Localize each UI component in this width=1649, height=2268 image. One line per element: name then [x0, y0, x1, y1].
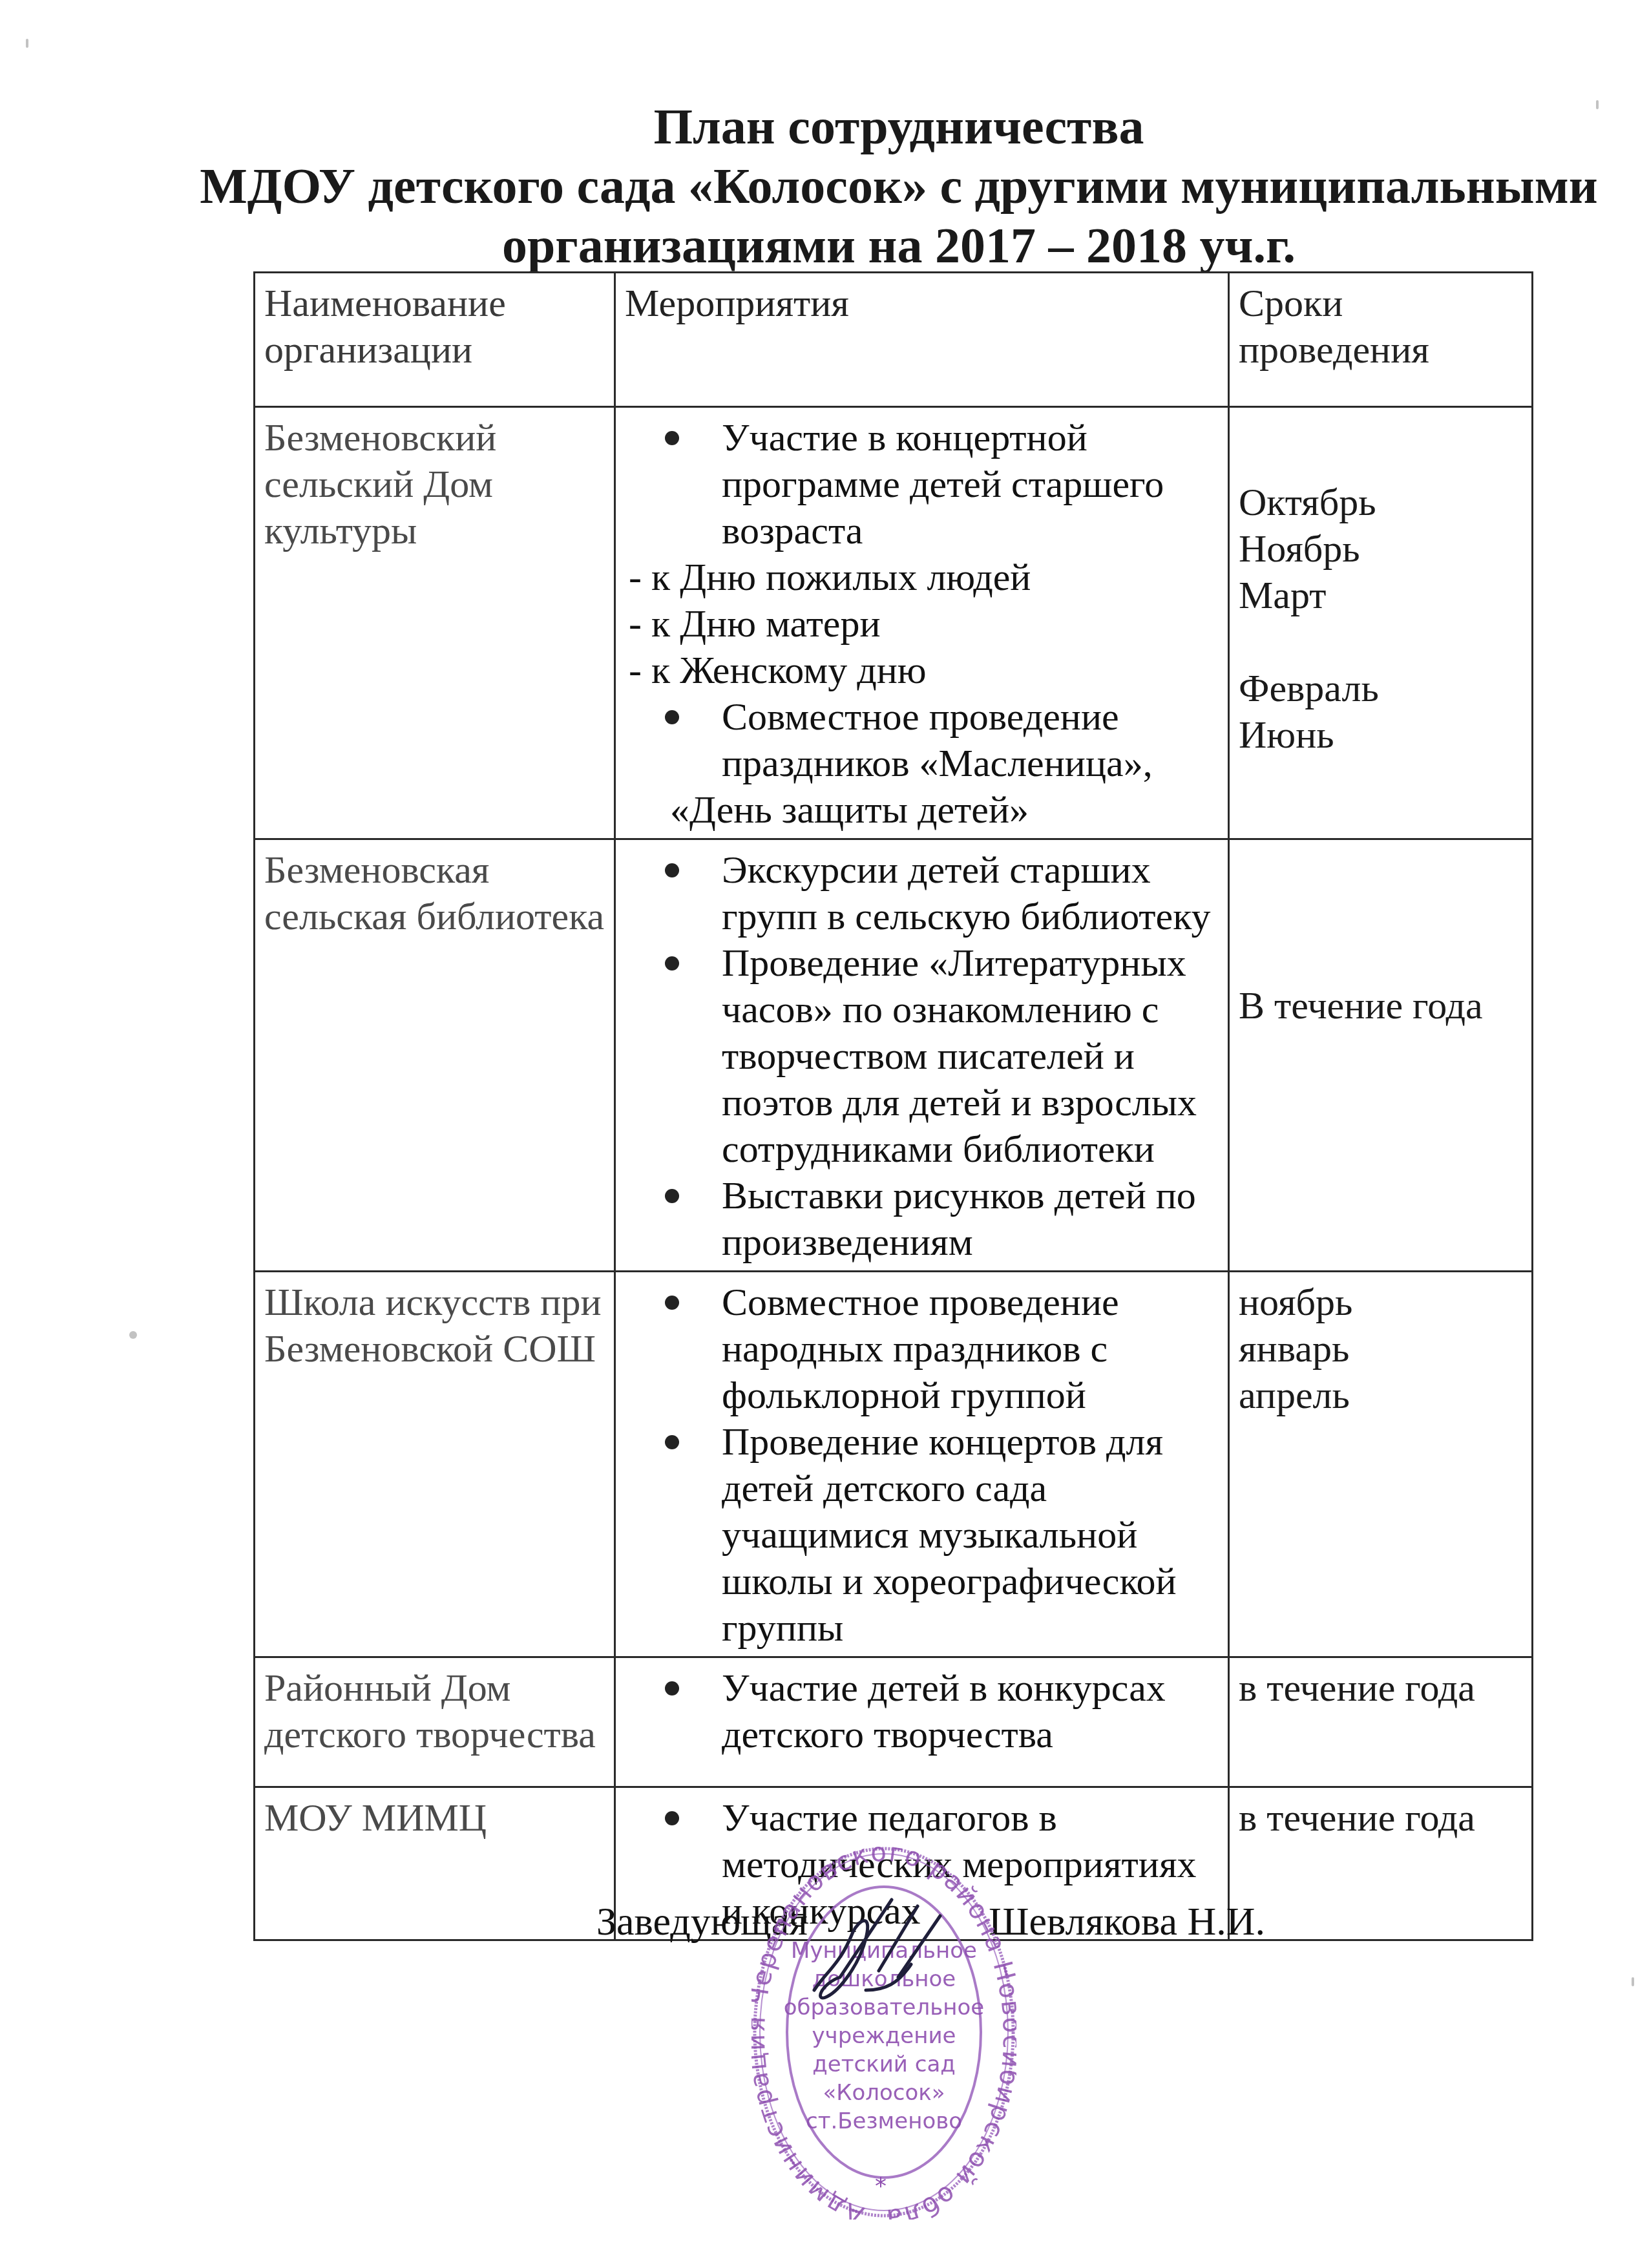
stamp-inner-line: ст.Безменово [806, 2108, 962, 2134]
date-entry: январь [1239, 1325, 1524, 1372]
cooperation-plan-table: Наименование организации Мероприятия Сро… [253, 271, 1533, 1941]
scan-speck [1596, 100, 1599, 109]
header-events: Мероприятия [615, 273, 1229, 407]
event-sub-item: «День защиты детей» [625, 786, 1220, 833]
title-line-3: организациями на 2017 – 2018 уч.г. [149, 216, 1649, 275]
svg-text:*: * [875, 2173, 887, 2200]
events-list: Совместное проведение народных празднико… [625, 1279, 1220, 1651]
dates-cell: В течение года [1229, 839, 1533, 1272]
dates-cell: ноябрьянварьапрель [1229, 1272, 1533, 1657]
event-bullet-item: Совместное проведение народных празднико… [625, 1279, 1220, 1418]
date-entry: ноябрь [1239, 1279, 1524, 1325]
events-list: Участие в концертной программе детей ста… [625, 414, 1220, 833]
stamp-inner-line: «Колосок» [823, 2080, 945, 2106]
date-entry: Октябрь [1239, 479, 1524, 525]
date-entry: Март [1239, 572, 1524, 618]
stamp-inner-line: учреждение [812, 2023, 956, 2049]
date-entry: Июнь [1239, 711, 1524, 758]
dates-cell: в течение года [1229, 1657, 1533, 1787]
table-row: Школа искусств при Безменовской СОШСовме… [255, 1272, 1533, 1657]
organization-cell: Безменовский сельский Дом культуры [255, 407, 615, 839]
date-entry: в течение года [1239, 1664, 1524, 1711]
table-row: Районный Дом детского творчестваУчастие … [255, 1657, 1533, 1787]
organization-cell: Школа искусств при Безменовской СОШ [255, 1272, 615, 1657]
scan-speck [1632, 1977, 1634, 1986]
table-header-row: Наименование организации Мероприятия Сро… [255, 273, 1533, 407]
event-bullet-item: Проведение «Литературных часов» по ознак… [625, 940, 1220, 1172]
date-entry: Ноябрь [1239, 525, 1524, 572]
stamp-inner-line: детский сад [812, 2052, 956, 2077]
table-row: Безменовский сельский Дом культурыУчасти… [255, 407, 1533, 839]
table-row: Безменовская сельская библиотекаЭкскурси… [255, 839, 1533, 1272]
event-sub-item: - к Дню матери [625, 600, 1220, 647]
date-entry [1239, 618, 1524, 665]
events-cell: Совместное проведение народных празднико… [615, 1272, 1229, 1657]
events-list: Участие детей в конкурсах детского творч… [625, 1664, 1220, 1758]
date-entry: Февраль [1239, 665, 1524, 711]
event-bullet-item: Экскурсии детей старших групп в сельскую… [625, 846, 1220, 940]
document-title: План сотрудничества МДОУ детского сада «… [0, 97, 1649, 275]
title-line-1: План сотрудничества [149, 97, 1649, 156]
handwritten-signature [801, 1893, 950, 2022]
event-bullet-item: Участие детей в конкурсах детского творч… [625, 1664, 1220, 1758]
events-cell: Участие в концертной программе детей ста… [615, 407, 1229, 839]
dates-cell: в течение года [1229, 1787, 1533, 1940]
scan-speck [26, 39, 28, 48]
event-sub-item: - к Женскому дню [625, 647, 1220, 693]
signature-name: Шевлякова Н.И. [989, 1898, 1265, 1945]
event-bullet-item: Проведение концертов для детей детского … [625, 1418, 1220, 1651]
header-organization: Наименование организации [255, 273, 615, 407]
event-bullet-item: Выставки рисунков детей по произведениям [625, 1172, 1220, 1265]
date-entry: В течение года [1239, 982, 1524, 1029]
event-sub-item: - к Дню пожилых людей [625, 554, 1220, 600]
event-bullet-item: Совместное проведение праздников «Маслен… [625, 693, 1220, 786]
events-list: Экскурсии детей старших групп в сельскую… [625, 846, 1220, 1265]
dates-cell: ОктябрьНоябрьМартФевральИюнь [1229, 407, 1533, 839]
events-cell: Участие детей в конкурсах детского творч… [615, 1657, 1229, 1787]
organization-cell: МОУ МИМЦ [255, 1787, 615, 1940]
organization-cell: Безменовская сельская библиотека [255, 839, 615, 1272]
date-entry: апрель [1239, 1372, 1524, 1418]
organization-cell: Районный Дом детского творчества [255, 1657, 615, 1787]
scan-speck [129, 1331, 137, 1339]
title-line-2: МДОУ детского сада «Колосок» с другими м… [149, 156, 1649, 216]
events-cell: Экскурсии детей старших групп в сельскую… [615, 839, 1229, 1272]
date-entry: в течение года [1239, 1794, 1524, 1841]
header-dates: Сроки проведения [1229, 273, 1533, 407]
event-bullet-item: Участие в концертной программе детей ста… [625, 414, 1220, 554]
